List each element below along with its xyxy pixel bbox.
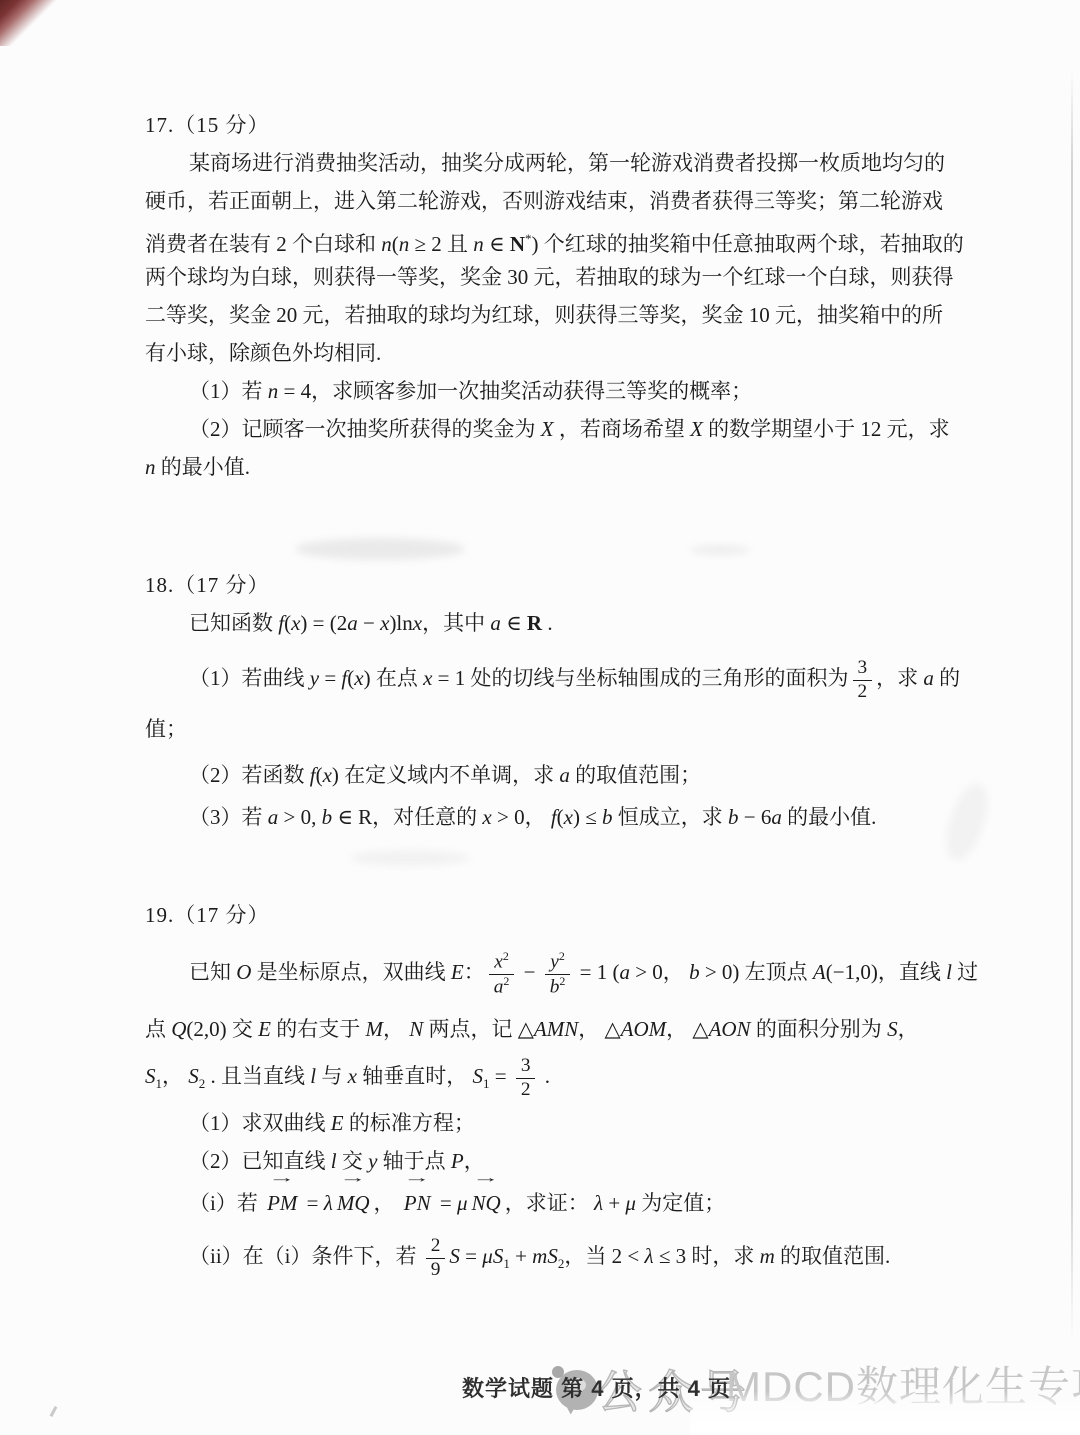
p17-line-5: 二等奖，奖金 20 元，若抽取的球均为红球，则获得三等奖，奖金 10 元，抽奖箱… <box>145 296 1060 334</box>
p19-line-2: 点 Q(2,0) 交 E 的右支于 M， N 两点，记 △AMN， △AOM， … <box>145 1010 1060 1048</box>
text-segment: b <box>322 805 333 829</box>
text-segment: λ <box>644 1244 653 1268</box>
text-segment: b <box>689 960 700 984</box>
text-segment: + <box>603 1191 625 1215</box>
text-segment: ( <box>316 763 323 787</box>
text-segment: 与 <box>316 1064 348 1088</box>
text-segment: ) 在定义域内不单调，求 <box>332 763 560 787</box>
text-segment: ≤ 3 时，求 <box>654 1244 760 1268</box>
text-segment: ， <box>374 1191 400 1215</box>
text-segment: a <box>619 960 630 984</box>
text-segment: . <box>542 611 553 635</box>
text-segment: x <box>482 805 491 829</box>
exam-page-scan: 17.（15 分） 某商场进行消费抽奖活动，抽奖分成两轮，第一轮游戏消费者投掷一… <box>0 0 1080 1435</box>
text-segment: E <box>258 1017 271 1041</box>
problem-18: 18.（17 分） 已知函数 f(x) = (2a − x)lnx，其中 a ∈… <box>145 566 1060 836</box>
vector-PM: →PM <box>267 1184 297 1222</box>
p18-sub-question-2: （2）若函数 f(x) 在定义域内不单调，求 a 的取值范围； <box>145 756 1060 794</box>
text-segment: R <box>527 611 542 635</box>
vector-MQ: →MQ <box>337 1184 370 1222</box>
text-segment: 的右支于 <box>271 1017 366 1041</box>
text-segment: S <box>472 1064 483 1088</box>
vector-NQ: →NQ <box>472 1184 501 1222</box>
text-segment: 已知 <box>189 960 236 984</box>
text-segment: 的取值范围. <box>775 1244 891 1268</box>
text-segment: b <box>550 976 560 997</box>
text-segment: ∈ <box>501 611 527 635</box>
text-segment: S <box>493 1244 504 1268</box>
text-segment: > 0， <box>630 960 689 984</box>
text-segment: X <box>690 417 703 441</box>
text-segment: ) ≤ <box>573 805 602 829</box>
text-segment: . <box>539 1064 550 1088</box>
text-segment: ，求证： <box>505 1191 594 1215</box>
text-segment: > 0, <box>278 805 321 829</box>
text-segment: a <box>490 611 501 635</box>
text-segment: + <box>510 1244 532 1268</box>
text-segment: 已知函数 <box>189 611 278 635</box>
text-segment: x <box>348 1064 357 1088</box>
scan-stray-mark <box>50 1406 58 1417</box>
text-segment: 2 <box>521 1079 531 1100</box>
text-segment: μ <box>482 1244 493 1268</box>
text-segment: ，求 <box>876 666 923 690</box>
text-segment: λ <box>324 1191 333 1215</box>
text-segment: AON <box>709 1017 751 1041</box>
text-segment: λ <box>594 1191 603 1215</box>
text-segment: ∈ R，对任意的 <box>332 805 482 829</box>
vector-arrow: → <box>269 1171 296 1184</box>
text-segment: x <box>413 611 422 635</box>
text-segment: AOM <box>621 1017 667 1041</box>
p17-line-3: 消费者在装有 2 个白球和 n(n ≥ 2 且 n ∈ N*) 个红球的抽奖箱中… <box>145 220 1060 258</box>
p17-line-1: 某商场进行消费抽奖活动，抽奖分成两轮，第一轮游戏消费者投掷一枚质地均匀的 <box>145 144 1060 182</box>
text-segment: b <box>728 805 739 829</box>
text-segment: 的最小值. <box>782 805 877 829</box>
fraction-denominator: 2 <box>516 1078 536 1101</box>
text-segment: x <box>564 805 573 829</box>
text-segment: 2 <box>858 681 868 702</box>
text-segment: ， △ <box>578 1017 620 1041</box>
text-segment: μ <box>625 1191 636 1215</box>
fraction-numerator: 2 <box>426 1235 446 1257</box>
text-segment: 2 <box>337 611 348 635</box>
text-segment: 3 <box>858 657 868 678</box>
text-segment: 为定值； <box>636 1191 725 1215</box>
text-segment: y <box>550 951 559 972</box>
text-segment: − <box>358 611 380 635</box>
text-segment: x <box>494 951 503 972</box>
text-segment: n <box>473 232 484 256</box>
text-segment: x <box>323 763 332 787</box>
problem-19-number: 19.（17 分） <box>145 896 1060 934</box>
p18-sub-question-1-cont: 值； <box>145 710 1060 748</box>
text-segment: （1）若 <box>189 379 268 403</box>
text-segment: b <box>602 805 613 829</box>
text-segment: (2,0) 交 <box>186 1017 258 1041</box>
text-segment: ， △ <box>666 1017 708 1041</box>
problem-17-number: 17.（15 分） <box>145 106 1060 144</box>
text-segment: 的标准方程； <box>344 1111 475 1135</box>
text-segment: P <box>451 1149 464 1173</box>
fraction-denominator: a2 <box>489 974 515 999</box>
text-segment: a <box>347 611 358 635</box>
text-segment: > 0) 左顶点 <box>700 960 813 984</box>
text-segment: = <box>435 1191 457 1215</box>
text-segment: S <box>188 1064 199 1088</box>
p18-intro: 已知函数 f(x) = (2a − x)lnx，其中 a ∈ R . <box>145 604 1060 642</box>
text-segment: n <box>268 379 279 403</box>
text-segment: − <box>518 960 540 984</box>
fraction-denominator: 2 <box>853 680 873 703</box>
text-segment: μ <box>457 1191 468 1215</box>
vector-label: PN <box>404 1191 431 1215</box>
fraction: 29 <box>426 1235 446 1280</box>
text-segment: S <box>145 1064 156 1088</box>
text-segment: 两个球均为白球，则获得一等奖，奖金 30 元，若抽取的球为一个红球一个白球，则获… <box>145 265 954 289</box>
text-segment: 3 <box>521 1055 531 1076</box>
fraction: 32 <box>516 1055 536 1100</box>
text-segment: ( <box>392 232 399 256</box>
text-segment: 的面积分别为 <box>751 1017 888 1041</box>
text-segment: ， <box>162 1064 188 1088</box>
text-segment: a <box>771 805 782 829</box>
text-segment: （2）已知直线 <box>189 1149 331 1173</box>
p18-sub-question-3: （3）若 a > 0, b ∈ R，对任意的 x > 0， f(x) ≤ b 恒… <box>145 798 1060 836</box>
text-segment: 的数学期望小于 12 元，求 <box>703 417 950 441</box>
fraction: x2a2 <box>489 950 515 998</box>
vector-arrow: → <box>404 1171 431 1184</box>
text-segment: 二等奖，奖金 20 元，若抽取的球均为红球，则获得三等奖，奖金 10 元，抽奖箱… <box>145 303 943 327</box>
text-segment: 过 <box>952 960 978 984</box>
text-segment: 某商场进行消费抽奖活动，抽奖分成两轮，第一轮游戏消费者投掷一枚质地均匀的 <box>189 151 945 175</box>
text-segment: 2 <box>503 974 509 988</box>
text-segment: 是坐标原点，双曲线 <box>251 960 451 984</box>
text-segment: A <box>813 960 826 984</box>
vector-label: PM <box>267 1191 297 1215</box>
scan-corner-fold-mark <box>0 0 58 46</box>
text-segment: 的 <box>934 666 960 690</box>
text-segment: S <box>887 1017 898 1041</box>
text-segment: 点 <box>145 1017 171 1041</box>
text-segment: （1）求双曲线 <box>189 1111 331 1135</box>
problem-19: 19.（17 分） 已知 O 是坐标原点，双曲线 E：x2a2 − y2b2 =… <box>145 896 1060 1286</box>
text-segment: （i）若 <box>189 1191 263 1215</box>
text-segment: m <box>532 1244 547 1268</box>
text-segment: n <box>381 232 392 256</box>
text-segment: 2 <box>559 974 565 988</box>
p17-sub-question-2: （2）记顾客一次抽奖所获得的奖金为 X ，若商场希望 X 的数学期望小于 12 … <box>145 410 1060 448</box>
text-segment: N <box>510 232 525 256</box>
p18-sub-question-1: （1）若曲线 y = f(x) 在点 x = 1 处的切线与坐标轴围成的三角形的… <box>145 646 1060 710</box>
text-segment: a <box>268 805 279 829</box>
text-segment: ( <box>557 805 564 829</box>
text-segment: n <box>145 455 156 479</box>
text-segment: ) 个红球的抽奖箱中任意抽取两个球，若抽取的 <box>532 232 964 256</box>
vector-label: NQ <box>472 1191 501 1215</box>
fraction: y2b2 <box>545 950 571 998</box>
text-segment: a <box>923 666 934 690</box>
text-segment: a <box>494 976 504 997</box>
p19-intro: 已知 O 是坐标原点，双曲线 E：x2a2 − y2b2 = 1 (a > 0，… <box>145 934 1060 1010</box>
text-segment: （2）若函数 <box>189 763 310 787</box>
page-number-info: 数学试题 第 4 页，共 4 页 <box>462 1372 731 1403</box>
p17-sub-question-2-cont: n 的最小值. <box>145 448 1060 486</box>
text-segment: = <box>489 1064 511 1088</box>
text-segment: 有小球，除颜色外均相同. <box>145 341 381 365</box>
text-segment: ， <box>898 1017 919 1041</box>
text-segment: N <box>409 1017 423 1041</box>
text-segment: n <box>399 232 410 256</box>
fraction-denominator: b2 <box>545 974 571 999</box>
text-segment: 两点，记 △ <box>423 1017 534 1041</box>
fraction-numerator: 3 <box>516 1055 536 1077</box>
vector-label: MQ <box>337 1191 370 1215</box>
text-segment: . 且当直线 <box>205 1064 310 1088</box>
text-segment: = <box>319 666 341 690</box>
scan-smudge <box>295 538 465 560</box>
text-segment: = <box>460 1244 482 1268</box>
vector-arrow: → <box>340 1171 367 1184</box>
text-segment: M <box>366 1017 384 1041</box>
text-segment: m <box>760 1244 775 1268</box>
text-segment: ，其中 <box>422 611 490 635</box>
text-segment: − 6 <box>739 805 772 829</box>
text-segment: = 1 处的切线与坐标轴围成的三角形的面积为 <box>432 666 848 690</box>
problem-18-number: 18.（17 分） <box>145 566 1060 604</box>
text-segment: y <box>310 666 319 690</box>
text-segment: ∈ <box>484 232 510 256</box>
text-segment: ≥ 2 且 <box>409 232 473 256</box>
text-segment: E <box>331 1111 344 1135</box>
vector-arrow: → <box>472 1171 499 1184</box>
text-segment: 的取值范围； <box>570 763 701 787</box>
text-segment: = 1 ( <box>574 960 619 984</box>
p17-line-6: 有小球，除颜色外均相同. <box>145 334 1060 372</box>
text-segment: ，当 2 < <box>564 1244 644 1268</box>
p17-line-2: 硬币，若正面朝上，进入第二轮游戏，否则游戏结束，消费者获得三等奖；第二轮游戏 <box>145 182 1060 220</box>
text-segment: )ln <box>389 611 412 635</box>
text-segment: Q <box>171 1017 186 1041</box>
text-segment: X <box>541 417 554 441</box>
text-segment: S <box>547 1244 558 1268</box>
p19-sub-question-2ii: （ii）在（i）条件下，若 29S = μS1 + mS2，当 2 < λ ≤ … <box>145 1226 1060 1286</box>
text-segment: 9 <box>431 1259 441 1280</box>
text-segment: E <box>451 960 464 984</box>
fraction-numerator: 3 <box>853 657 873 679</box>
text-segment: > 0， <box>492 805 551 829</box>
fraction: 32 <box>853 657 873 702</box>
scan-smudge <box>350 850 470 866</box>
text-segment: （2）记顾客一次抽奖所获得的奖金为 <box>189 417 541 441</box>
vector-PN: →PN <box>404 1184 431 1222</box>
p19-sub-question-2i: （i）若 →PM = λ→MQ， →PN = μ→NQ，求证： λ + μ 为定… <box>145 1184 1060 1222</box>
text-segment: O <box>236 960 251 984</box>
text-segment: 的最小值. <box>156 455 251 479</box>
problem-17: 17.（15 分） 某商场进行消费抽奖活动，抽奖分成两轮，第一轮游戏消费者投掷一… <box>145 106 1060 486</box>
text-segment: 恒成立，求 <box>613 805 729 829</box>
text-segment: （ii）在（i）条件下，若 <box>189 1244 422 1268</box>
fraction-numerator: y2 <box>545 950 570 974</box>
scan-glare <box>690 1395 1080 1435</box>
text-segment: 轴垂直时， <box>357 1064 473 1088</box>
p17-sub-question-1: （1）若 n = 4，求顾客参加一次抽奖活动获得三等奖的概率； <box>145 372 1060 410</box>
text-segment: ，若商场希望 <box>554 417 691 441</box>
text-segment: ) = ( <box>300 611 336 635</box>
text-segment: 2 <box>503 949 509 963</box>
text-segment: AMN <box>534 1017 578 1041</box>
text-segment: （3）若 <box>189 805 268 829</box>
text-segment: 2 <box>559 949 565 963</box>
text-segment: 值； <box>145 717 187 741</box>
p19-line-3: S1， S2 . 且当直线 l 与 x 轴垂直时， S1 = 32 . <box>145 1048 1060 1104</box>
p19-sub-question-1: （1）求双曲线 E 的标准方程； <box>145 1104 1060 1142</box>
text-segment: 消费者在装有 2 个白球和 <box>145 232 381 256</box>
text-segment: = <box>301 1191 323 1215</box>
text-segment: 2 <box>431 1235 441 1256</box>
text-segment: 硬币，若正面朝上，进入第二轮游戏，否则游戏结束，消费者获得三等奖；第二轮游戏 <box>145 189 943 213</box>
text-segment: ， <box>383 1017 409 1041</box>
text-segment: (−1,0)，直线 <box>826 960 946 984</box>
fraction-denominator: 9 <box>426 1258 446 1281</box>
text-segment: ) 在点 <box>364 666 424 690</box>
text-segment: a <box>559 763 570 787</box>
scan-smudge <box>690 545 750 555</box>
text-segment: ： <box>464 960 485 984</box>
fraction-numerator: x2 <box>489 950 514 974</box>
text-segment: = 4，求顾客参加一次抽奖活动获得三等奖的概率； <box>278 379 752 403</box>
p17-line-4: 两个球均为白球，则获得一等奖，奖金 30 元，若抽取的球为一个红球一个白球，则获… <box>145 258 1060 296</box>
text-segment: （1）若曲线 <box>189 666 310 690</box>
scan-edge-line <box>1071 70 1073 1340</box>
text-segment: S <box>449 1244 460 1268</box>
text-segment: x <box>354 666 363 690</box>
